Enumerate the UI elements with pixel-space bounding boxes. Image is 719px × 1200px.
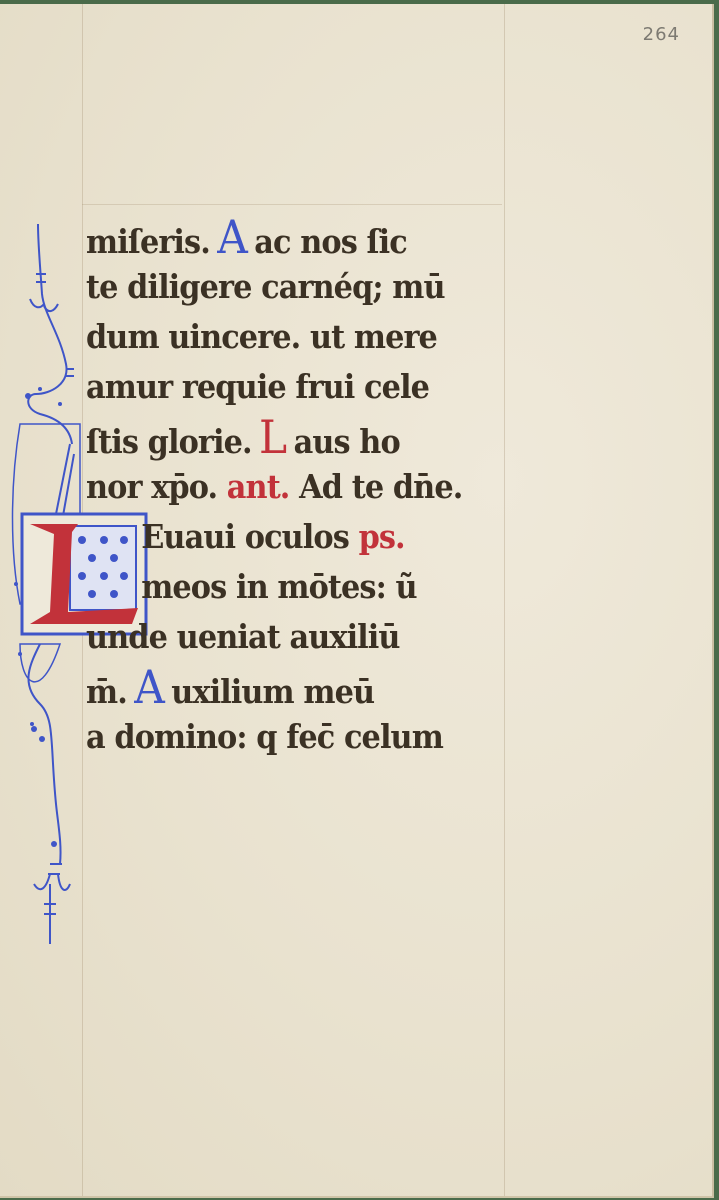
text-segment: Ad te dn̄e. — [299, 467, 462, 506]
text-line: te diligere carnéq; mū — [86, 262, 482, 312]
text-segment: aus ho — [294, 422, 400, 461]
text-segment: m̄. — [86, 672, 127, 711]
text-segment: ac nos ſic — [254, 222, 407, 261]
text-segment: uxilium meū — [171, 672, 374, 711]
text-segment: nor xp̄o. — [86, 467, 217, 506]
text-segment: amur requie frui cele — [86, 367, 429, 406]
text-segment: a domino: q fec̄ celum — [86, 717, 443, 756]
folio-number: 264 — [643, 24, 680, 45]
text-segment: Euaui oculos — [141, 517, 349, 556]
text-segment: dum uincere. ut mere — [86, 317, 437, 356]
text-block: miſeris.Aac nos ſic te diligere carnéq; … — [86, 212, 516, 762]
text-line: ſtis glorie.Laus ho — [86, 412, 482, 462]
blue-initial: A — [210, 210, 254, 264]
text-line: miſeris.Aac nos ſic — [86, 212, 482, 262]
text-segment: meos in mōtes: ũ — [141, 567, 416, 606]
text-line: nor xp̄o. ant. Ad te dn̄e. — [86, 462, 482, 512]
text-segment: te diligere carnéq; mū — [86, 267, 445, 306]
text-line: dum uincere. ut mere — [86, 312, 482, 362]
manuscript-page: 264 — [0, 4, 714, 1198]
text-line: amur requie frui cele — [86, 362, 482, 412]
blue-initial: A — [127, 660, 171, 714]
text-line: a domino: q fec̄ celum — [86, 712, 482, 762]
text-line: unde ueniat auxiliū — [86, 612, 482, 662]
text-segment: unde ueniat auxiliū — [86, 617, 400, 656]
text-segment: ſtis glorie. — [86, 422, 252, 461]
red-initial: L — [252, 410, 294, 464]
text-line: meos in mōtes: ũ — [86, 562, 482, 612]
rubric-antiphon: ant. — [227, 467, 290, 506]
text-segment: miſeris. — [86, 222, 210, 261]
rubric-psalm: ps. — [359, 517, 405, 556]
text-line: Euaui oculos ps. — [86, 512, 482, 562]
text-line: m̄.Auxilium meū — [86, 662, 482, 712]
ruling-line-top — [82, 204, 502, 205]
